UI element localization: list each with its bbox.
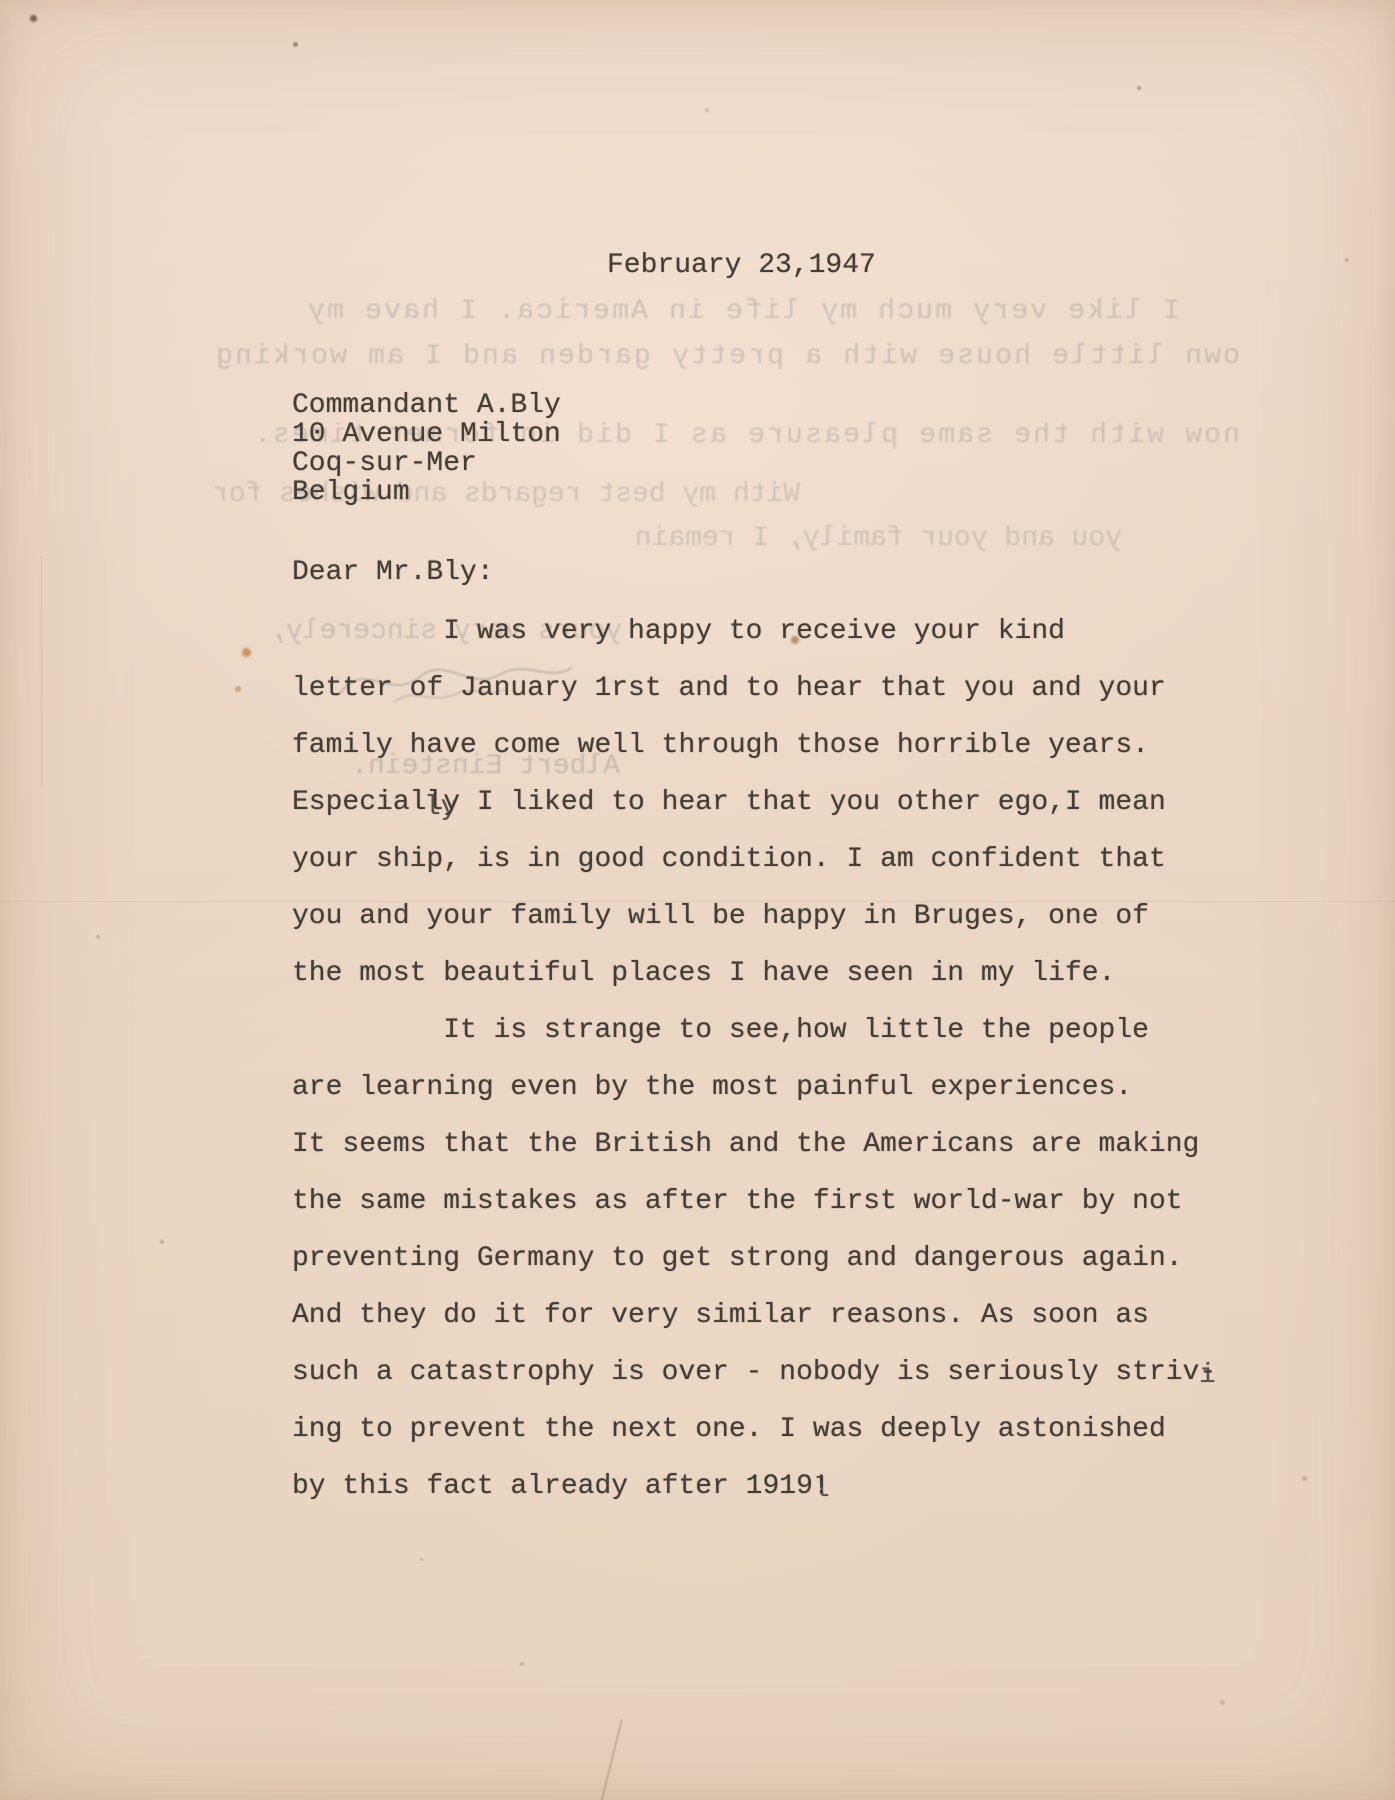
stain-spot: [30, 15, 37, 22]
bleed-line: I like very much my life in America. I h…: [306, 296, 1180, 327]
stain-spot: [96, 935, 100, 939]
stain-spot: [293, 42, 298, 47]
overstrike-char: ly: [424, 792, 458, 823]
stain-spot: [705, 108, 709, 112]
overstrike-char: l: [813, 1474, 830, 1505]
letter-scan-paper: I like very much my life in America. I h…: [0, 0, 1395, 1800]
recipient-address: Commandant A.Bly 10 Avenue Milton Coq-su…: [292, 391, 561, 507]
stain-spot: [1137, 86, 1141, 90]
letter-body: I was very happy to receive your kind le…: [292, 603, 1216, 1515]
salutation: Dear Mr.Bly:: [292, 557, 494, 588]
overstrike-char: i: [1199, 1360, 1216, 1391]
vertical-fold-crease: [41, 556, 42, 786]
bleed-line: you and your family, I remain: [635, 523, 1122, 554]
bleed-line: own little house with a pretty garden an…: [214, 341, 1240, 372]
stain-spot: [1220, 1700, 1225, 1705]
stain-spot: [242, 648, 251, 657]
stain-spot: [160, 1240, 164, 1244]
stain-spot: [520, 1662, 524, 1666]
diagonal-crease: [599, 1719, 623, 1800]
letter-date: February 23,1947: [607, 250, 876, 281]
stain-spot: [420, 1558, 423, 1561]
stain-spot: [1302, 1476, 1307, 1481]
stain-spot: [235, 686, 241, 692]
stain-spot: [1345, 258, 1349, 262]
